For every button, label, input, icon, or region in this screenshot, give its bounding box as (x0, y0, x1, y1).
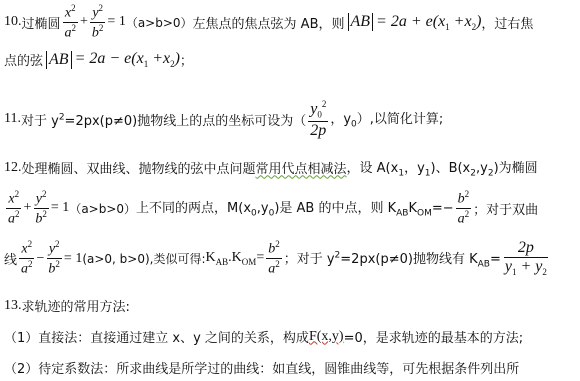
abs-ab: AB (46, 51, 72, 69)
spellcheck-underlined-text: F(x,y) (309, 329, 344, 345)
item-10-line-2: 点的弦 AB = 2a − e(x1 +x2) ； (4, 50, 193, 69)
focal-chord-formula-right: = 2a − e(x1 +x2) (75, 50, 180, 69)
spellcheck-underlined-text: 常用代点相减法 (256, 158, 347, 177)
item-12-line-3: 线 x2 a2 − y2 b2 = 1 (a>0, b>0),类似可得: KAB… (4, 240, 551, 277)
fraction-x2-a2: x2 a2 (63, 4, 79, 40)
item-12-line-1: 12. 处理椭圆、双曲线、抛物线的弦中点问题 常用代点相减法 ，设 A(x1，y… (4, 157, 538, 179)
item-12-line-2: x2 a2 + y2 b2 = 1 （a>b>0） 上不同的两点，M(x0,y0… (4, 190, 538, 226)
item-11: 11. 对于 y2=2px(p≠0)抛物线上的点的坐标可设为（ y02 2p ，… (4, 100, 443, 139)
item-13-method-1: （1）直接法：直接通过建立 x、y 之间的关系，构成 F(x,y) =0，是求轨… (4, 327, 523, 346)
fraction-2p-y1-plus-y2: 2p y1 + y2 (503, 240, 549, 277)
fraction-y2-b2: y2 b2 (90, 4, 106, 40)
item-10-line-1: 10. 过椭圆 x2 a2 + y2 b2 = 1 （a>b>0） 左焦点的焦点… (4, 4, 533, 40)
fraction-y0sq-2p: y02 2p (308, 100, 328, 139)
item-13-title: 13. 求轨迹的常用方法: (4, 296, 130, 315)
fraction-b2-a2: b2 a2 (456, 190, 472, 226)
item-number: 10. (4, 14, 22, 30)
abs-ab: AB (348, 13, 374, 31)
item-13-method-2: （2）待定系数法：所求曲线是所学过的曲线：如直线，圆锥曲线等，可先根据条件列出所 (4, 358, 519, 377)
focal-chord-formula-left: = 2a + e(x1 +x2) (376, 13, 481, 32)
